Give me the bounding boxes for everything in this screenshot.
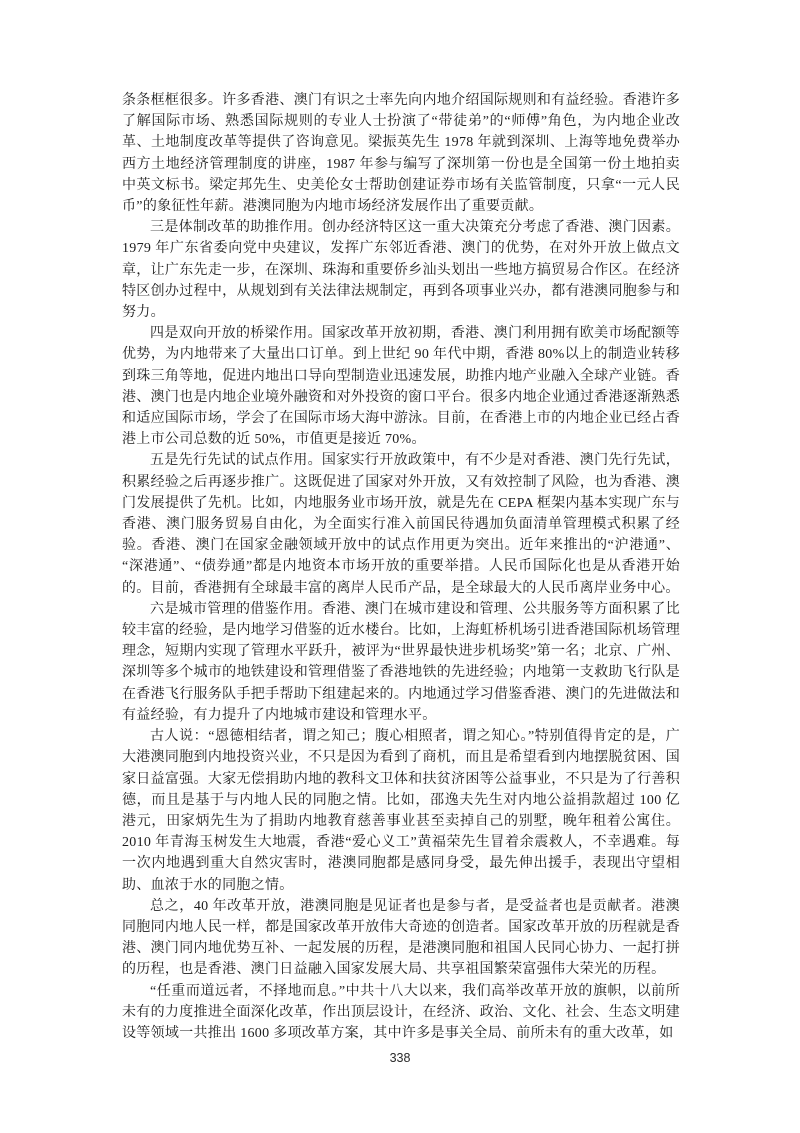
- paragraph-point-six: 六是城市管理的借鉴作用。香港、澳门在城市建设和管理、公共服务等方面积累了比较丰富…: [122, 599, 680, 726]
- page-body-text: 条条框框很多。许多香港、澳门有识之士率先向内地介绍国际规则和有益经验。香港许多了…: [122, 90, 680, 1044]
- paragraph-point-three: 三是体制改革的助推作用。创办经济特区这一重大决策充分考虑了香港、澳门因素。197…: [122, 217, 680, 323]
- page-number: 338: [0, 1051, 800, 1065]
- paragraph-point-five: 五是先行先试的试点作用。国家实行开放政策中，有不少是对香港、澳门先行先试，积累经…: [122, 450, 680, 598]
- paragraph-continuation: 条条框框很多。许多香港、澳门有识之士率先向内地介绍国际规则和有益经验。香港许多了…: [122, 90, 680, 217]
- paragraph-summary: 总之，40 年改革开放，港澳同胞是见证者也是参与者，是受益者也是贡献者。港澳同胞…: [122, 896, 680, 981]
- paragraph-closing: “任重而道远者，不择地而息。”中共十八大以来，我们高举改革开放的旗帜，以前所未有…: [122, 981, 680, 1045]
- paragraph-point-four: 四是双向开放的桥梁作用。国家改革开放初期，香港、澳门利用拥有欧美市场配额等优势，…: [122, 323, 680, 450]
- document-page: 条条框框很多。许多香港、澳门有识之士率先向内地介绍国际规则和有益经验。香港许多了…: [0, 0, 800, 1133]
- paragraph-ancient-saying: 古人说：“恩德相结者，谓之知己；腹心相照者，谓之知心。”特别值得肯定的是，广大港…: [122, 726, 680, 896]
